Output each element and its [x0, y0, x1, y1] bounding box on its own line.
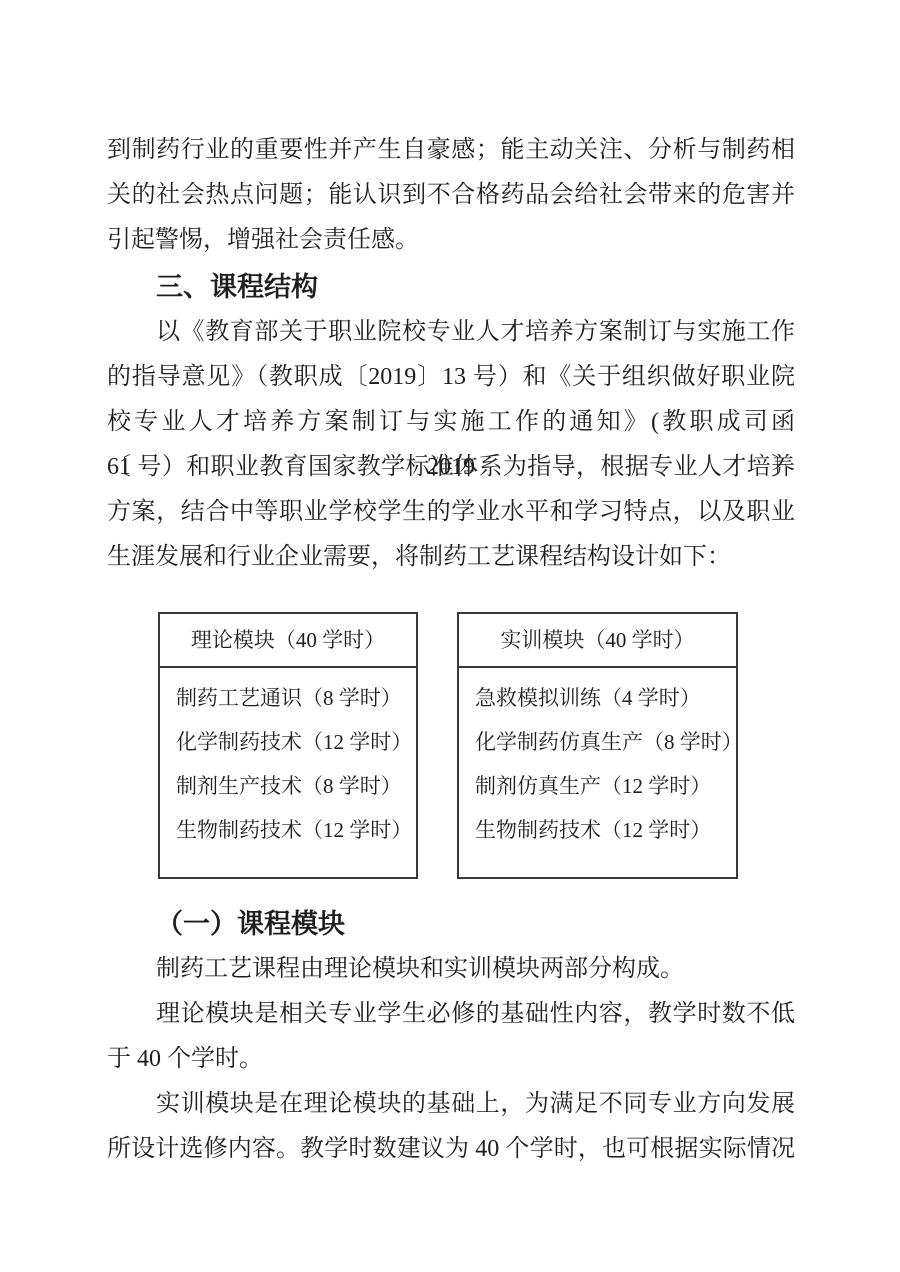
text-line: 校专业人才培养方案制订与实施工作的通知》(教职成司函〔2019〕: [107, 400, 795, 445]
text-line: 实训模块是在理论模块的基础上，为满足不同专业方向发展: [107, 1082, 795, 1127]
module-item: 生物制药技术（12 学时）: [176, 808, 416, 852]
module-item: 化学制药仿真生产（8 学时）: [475, 720, 736, 764]
module-item: 化学制药技术（12 学时）: [176, 720, 416, 764]
text-line: 的指导意见》（教职成〔2019〕13 号）和《关于组织做好职业院: [107, 355, 795, 400]
text-line: 制药工艺课程由理论模块和实训模块两部分构成。: [107, 947, 795, 992]
practice-module-box: 实训模块（40 学时） 急救模拟训练（4 学时）化学制药仿真生产（8 学时）制剂…: [457, 612, 738, 879]
text-line: 所设计选修内容。教学时数建议为 40 个学时，也可根据实际情况: [107, 1127, 795, 1172]
text-line: 方案，结合中等职业学校学生的学业水平和学习特点，以及职业: [107, 490, 795, 535]
module-item: 生物制药技术（12 学时）: [475, 808, 736, 852]
text-line: 引起警惕，增强社会责任感。: [107, 218, 795, 263]
intro-paragraphs: 到制药行业的重要性并产生自豪感；能主动关注、分析与制药相关的社会热点问题；能认识…: [107, 128, 795, 580]
course-structure-diagram: 理论模块（40 学时） 制药工艺通识（8 学时）化学制药技术（12 学时）制剂生…: [158, 612, 738, 879]
theory-module-box: 理论模块（40 学时） 制药工艺通识（8 学时）化学制药技术（12 学时）制剂生…: [158, 612, 418, 879]
document-page: 到制药行业的重要性并产生自豪感；能主动关注、分析与制药相关的社会热点问题；能认识…: [0, 0, 900, 1272]
module-item: 急救模拟训练（4 学时）: [475, 676, 736, 720]
course-module-paragraphs: （一）课程模块制药工艺课程由理论模块和实训模块两部分构成。理论模块是相关专业学生…: [107, 900, 795, 1172]
module-item: 制药工艺通识（8 学时）: [176, 676, 416, 720]
module-item: 制剂仿真生产（12 学时）: [475, 764, 736, 808]
practice-module-items: 急救模拟训练（4 学时）化学制药仿真生产（8 学时）制剂仿真生产（12 学时）生…: [459, 668, 736, 852]
text-line: 以《教育部关于职业院校专业人才培养方案制订与实施工作: [107, 310, 795, 355]
section-heading: 三、课程结构: [107, 265, 795, 310]
practice-module-title: 实训模块（40 学时）: [459, 614, 736, 668]
theory-module-title: 理论模块（40 学时）: [160, 614, 416, 668]
text-line: 生涯发展和行业企业需要，将制药工艺课程结构设计如下：: [107, 535, 795, 580]
text-line: 到制药行业的重要性并产生自豪感；能主动关注、分析与制药相: [107, 128, 795, 173]
text-line: 61 号）和职业教育国家教学标准体系为指导，根据专业人才培养: [107, 445, 795, 490]
section-heading: （一）课程模块: [107, 902, 795, 947]
text-line: 关的社会热点问题；能认识到不合格药品会给社会带来的危害并: [107, 173, 795, 218]
text-line: 于 40 个学时。: [107, 1037, 795, 1082]
theory-module-items: 制药工艺通识（8 学时）化学制药技术（12 学时）制剂生产技术（8 学时）生物制…: [160, 668, 416, 852]
text-line: 理论模块是相关专业学生必修的基础性内容，教学时数不低: [107, 992, 795, 1037]
module-item: 制剂生产技术（8 学时）: [176, 764, 416, 808]
